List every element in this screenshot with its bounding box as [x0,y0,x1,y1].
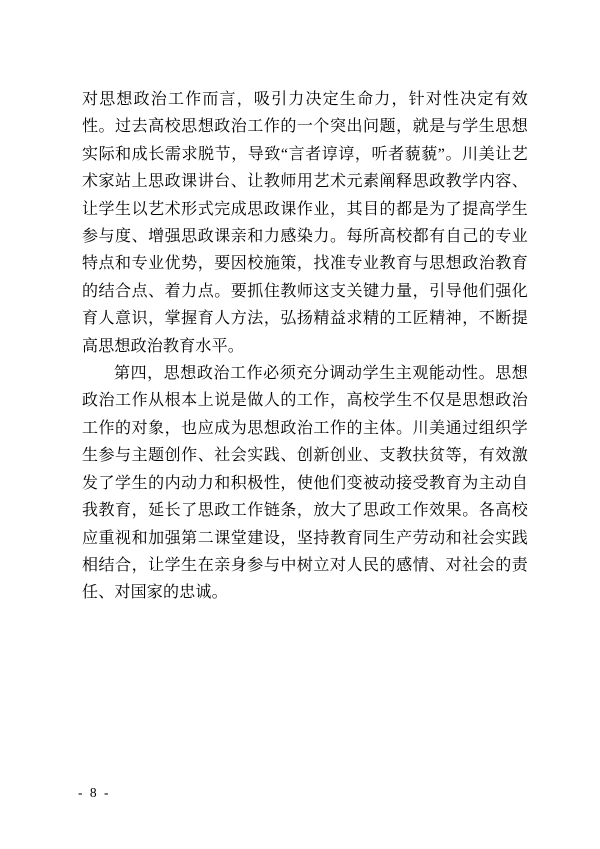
paragraph-fourth-point: 第四，思想政治工作必须充分调动学生主观能动性。思想政治工作从根本上说是做人的工作… [82,360,528,607]
document-page: 对思想政治工作而言，吸引力决定生命力，针对性决定有效性。过去高校思想政治工作的一… [0,0,600,849]
page-number: - 8 - [78,785,111,801]
body-text: 对思想政治工作而言，吸引力决定生命力，针对性决定有效性。过去高校思想政治工作的一… [82,86,528,607]
paragraph-continued: 对思想政治工作而言，吸引力决定生命力，针对性决定有效性。过去高校思想政治工作的一… [82,86,528,360]
